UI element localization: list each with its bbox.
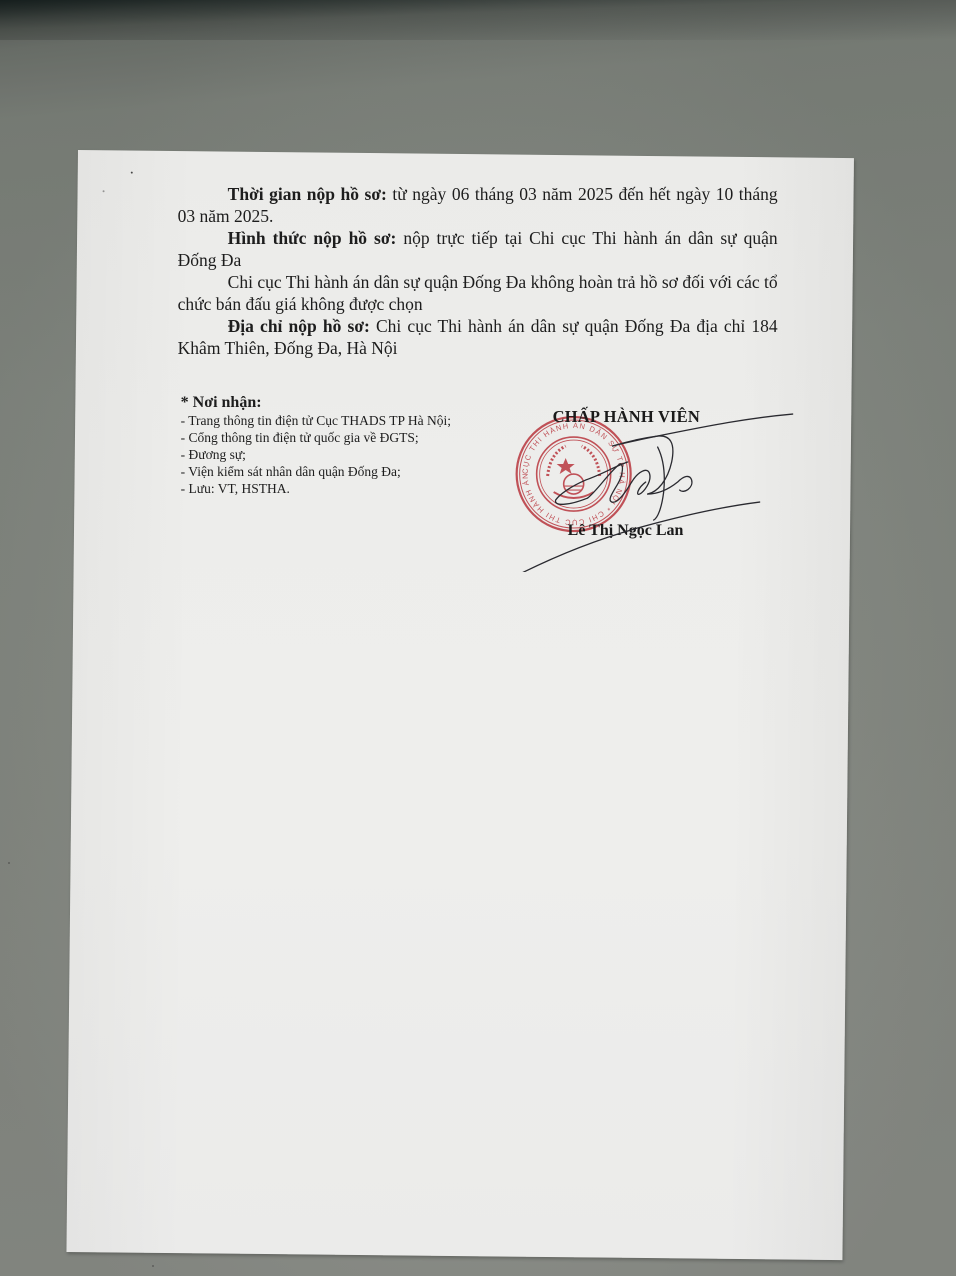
recipient-item: - Viện kiểm sát nhân dân quận Đống Đa; — [181, 463, 476, 480]
recipient-item: - Cổng thông tin điện tử quốc gia về ĐGT… — [181, 429, 476, 446]
recipient-item: - Lưu: VT, HSTHA. — [181, 480, 476, 497]
document-body: Thời gian nộp hồ sơ: từ ngày 06 tháng 03… — [178, 183, 778, 594]
recipients-list: * Nơi nhận: - Trang thông tin điện tử Cụ… — [181, 394, 476, 497]
paper-speck — [103, 190, 105, 192]
recipient-item: - Trang thông tin điện tử Cục THADS TP H… — [181, 412, 476, 429]
paragraph-submission-address: Địa chỉ nộp hồ sơ: Chi cục Thi hành án d… — [178, 315, 778, 359]
handwritten-signature-icon — [508, 402, 798, 572]
paragraph-no-return-notice: Chi cục Thi hành án dân sự quận Đống Đa … — [178, 271, 778, 315]
document-footer: * Nơi nhận: - Trang thông tin điện tử Cụ… — [178, 394, 778, 594]
paragraph-submission-time: Thời gian nộp hồ sơ: từ ngày 06 tháng 03… — [178, 183, 778, 227]
paragraph-label: Hình thức nộp hồ sơ: — [228, 228, 397, 248]
background-speck — [152, 1265, 154, 1267]
background-speck — [8, 862, 10, 864]
paragraph-text: Chi cục Thi hành án dân sự quận Đống Đa … — [178, 272, 778, 314]
paragraph-label: Thời gian nộp hồ sơ: — [228, 184, 387, 204]
recipients-heading: * Nơi nhận: — [181, 394, 476, 412]
paper-speck — [131, 172, 133, 174]
top-shadow — [0, 0, 956, 40]
paragraph-label: Địa chỉ nộp hồ sơ: — [228, 316, 370, 336]
recipient-item: - Đương sự; — [181, 446, 476, 463]
paragraph-submission-method: Hình thức nộp hồ sơ: nộp trực tiếp tại C… — [178, 227, 778, 271]
signature-block: CHẤP HÀNH VIÊN — [518, 394, 788, 594]
document-page: Thời gian nộp hồ sơ: từ ngày 06 tháng 03… — [66, 150, 853, 1260]
